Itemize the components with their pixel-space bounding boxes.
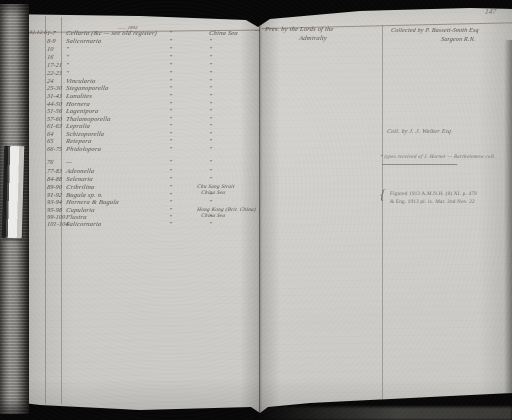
specimen-number: 84-88 [47, 177, 63, 183]
ledger-photo: 147 Pres. by the Lords of the Admiralty … [0, 0, 512, 420]
specimen-number: 17-21 [47, 63, 63, 69]
accession-prefix: 92.12.6 [29, 31, 48, 37]
specimen-number: 8-9 [47, 39, 57, 45]
taxon-name: — [65, 160, 72, 167]
locality-ditto: " [208, 200, 212, 207]
ditto-mark: " [168, 200, 172, 207]
taxon-name: Hornera & Bugula [65, 200, 119, 207]
specimen-number: 89-90 [47, 185, 63, 191]
taxon-name: Lepralia [65, 124, 90, 131]
specimen-number: 1-7 [47, 31, 57, 37]
ditto-mark: " [168, 63, 172, 70]
ditto-mark: " [168, 139, 172, 146]
taxon-name: Retepora [65, 139, 91, 146]
specimen-number: 65 [47, 139, 54, 145]
locality-ditto: " [208, 63, 212, 70]
scale-bar-object [2, 146, 25, 239]
specimen-number: 99-100 [47, 215, 66, 221]
locality-ditto: " [208, 86, 212, 93]
specimen-number: 16 [47, 55, 54, 61]
taxon-name: Salicornaria [65, 222, 101, 229]
ditto-mark: " [168, 169, 172, 176]
locality-ditto: " [208, 47, 212, 54]
specimen-number: 93-94 [47, 200, 63, 206]
taxon-name: Phidolopora [65, 147, 101, 154]
locality-ditto: " [208, 177, 212, 184]
ditto-mark: " [168, 222, 172, 229]
ditto-mark: " [168, 94, 172, 101]
taxon-name: Lagenipora [65, 109, 98, 116]
locality-ditto: " [208, 222, 212, 229]
specimen-number: 44-50 [47, 102, 63, 108]
specimen-number: 10 [47, 47, 54, 53]
page-number: 147 [484, 9, 496, 16]
ditto-mark: " [168, 185, 172, 192]
ditto-mark: " [168, 109, 172, 116]
ditto-mark: " [168, 47, 172, 54]
specimen-number: 57-60 [47, 117, 63, 123]
specimen-number: 77-83 [47, 169, 63, 175]
specimen-number: 61-63 [47, 124, 63, 130]
taxon-name: Salicornaria [65, 39, 101, 46]
locality: China Sea [208, 31, 238, 38]
gutter-crease [259, 18, 260, 414]
taxon-name: Lunulites [65, 94, 92, 101]
ditto-mark: " [168, 86, 172, 93]
locality-ditto: " [208, 139, 212, 146]
locality-ditto: " [208, 160, 212, 167]
specimen-number: 91-92 [47, 193, 63, 199]
ditto-mark: " [168, 31, 172, 38]
specimen-number: 76 [47, 160, 54, 166]
specimen-number: 51-56 [47, 109, 63, 115]
locality-ditto: " [208, 169, 212, 176]
specimen-number: 24 [47, 79, 54, 85]
ditto-mark: " [168, 160, 172, 167]
ditto-mark: " [168, 124, 172, 131]
ditto-mark: " [168, 147, 172, 154]
taxon-name: " [65, 71, 69, 78]
taxon-name: " [65, 55, 69, 62]
locality-ditto: " [208, 39, 212, 46]
book-spread: 147 Pres. by the Lords of the Admiralty … [0, 0, 512, 420]
taxon-name: Steganoporella [65, 86, 108, 93]
ditto-mark: " [168, 177, 172, 184]
locality-ditto: " [208, 147, 212, 154]
taxon-name: Cellaria (&c — see old register) [65, 31, 157, 38]
background-surface [255, 407, 512, 420]
right-page-edge-shade [504, 40, 512, 400]
specimen-number: 64 [47, 132, 54, 138]
taxon-name: " [65, 63, 69, 70]
gutter-shadow [240, 14, 280, 414]
taxon-name: Adeonella [65, 169, 94, 176]
specimen-number: 22-23 [47, 71, 63, 77]
locality-ditto: " [208, 109, 212, 116]
taxon-name: Selenaria [65, 177, 93, 184]
locality-ditto: " [208, 124, 212, 131]
ditto-mark: " [168, 55, 172, 62]
specimen-number: 66-75 [47, 147, 63, 153]
taxon-name: " [65, 47, 69, 54]
locality-ditto: " [208, 71, 212, 78]
specimen-number: 31-43 [47, 94, 63, 100]
ditto-mark: " [168, 71, 172, 78]
locality-ditto: " [208, 94, 212, 101]
specimen-number: 95-98 [47, 208, 63, 214]
ditto-mark: " [168, 39, 172, 46]
specimen-number: 25-30 [47, 86, 63, 92]
locality-ditto: " [208, 55, 212, 62]
taxon-name: Cribrilina [65, 185, 94, 192]
